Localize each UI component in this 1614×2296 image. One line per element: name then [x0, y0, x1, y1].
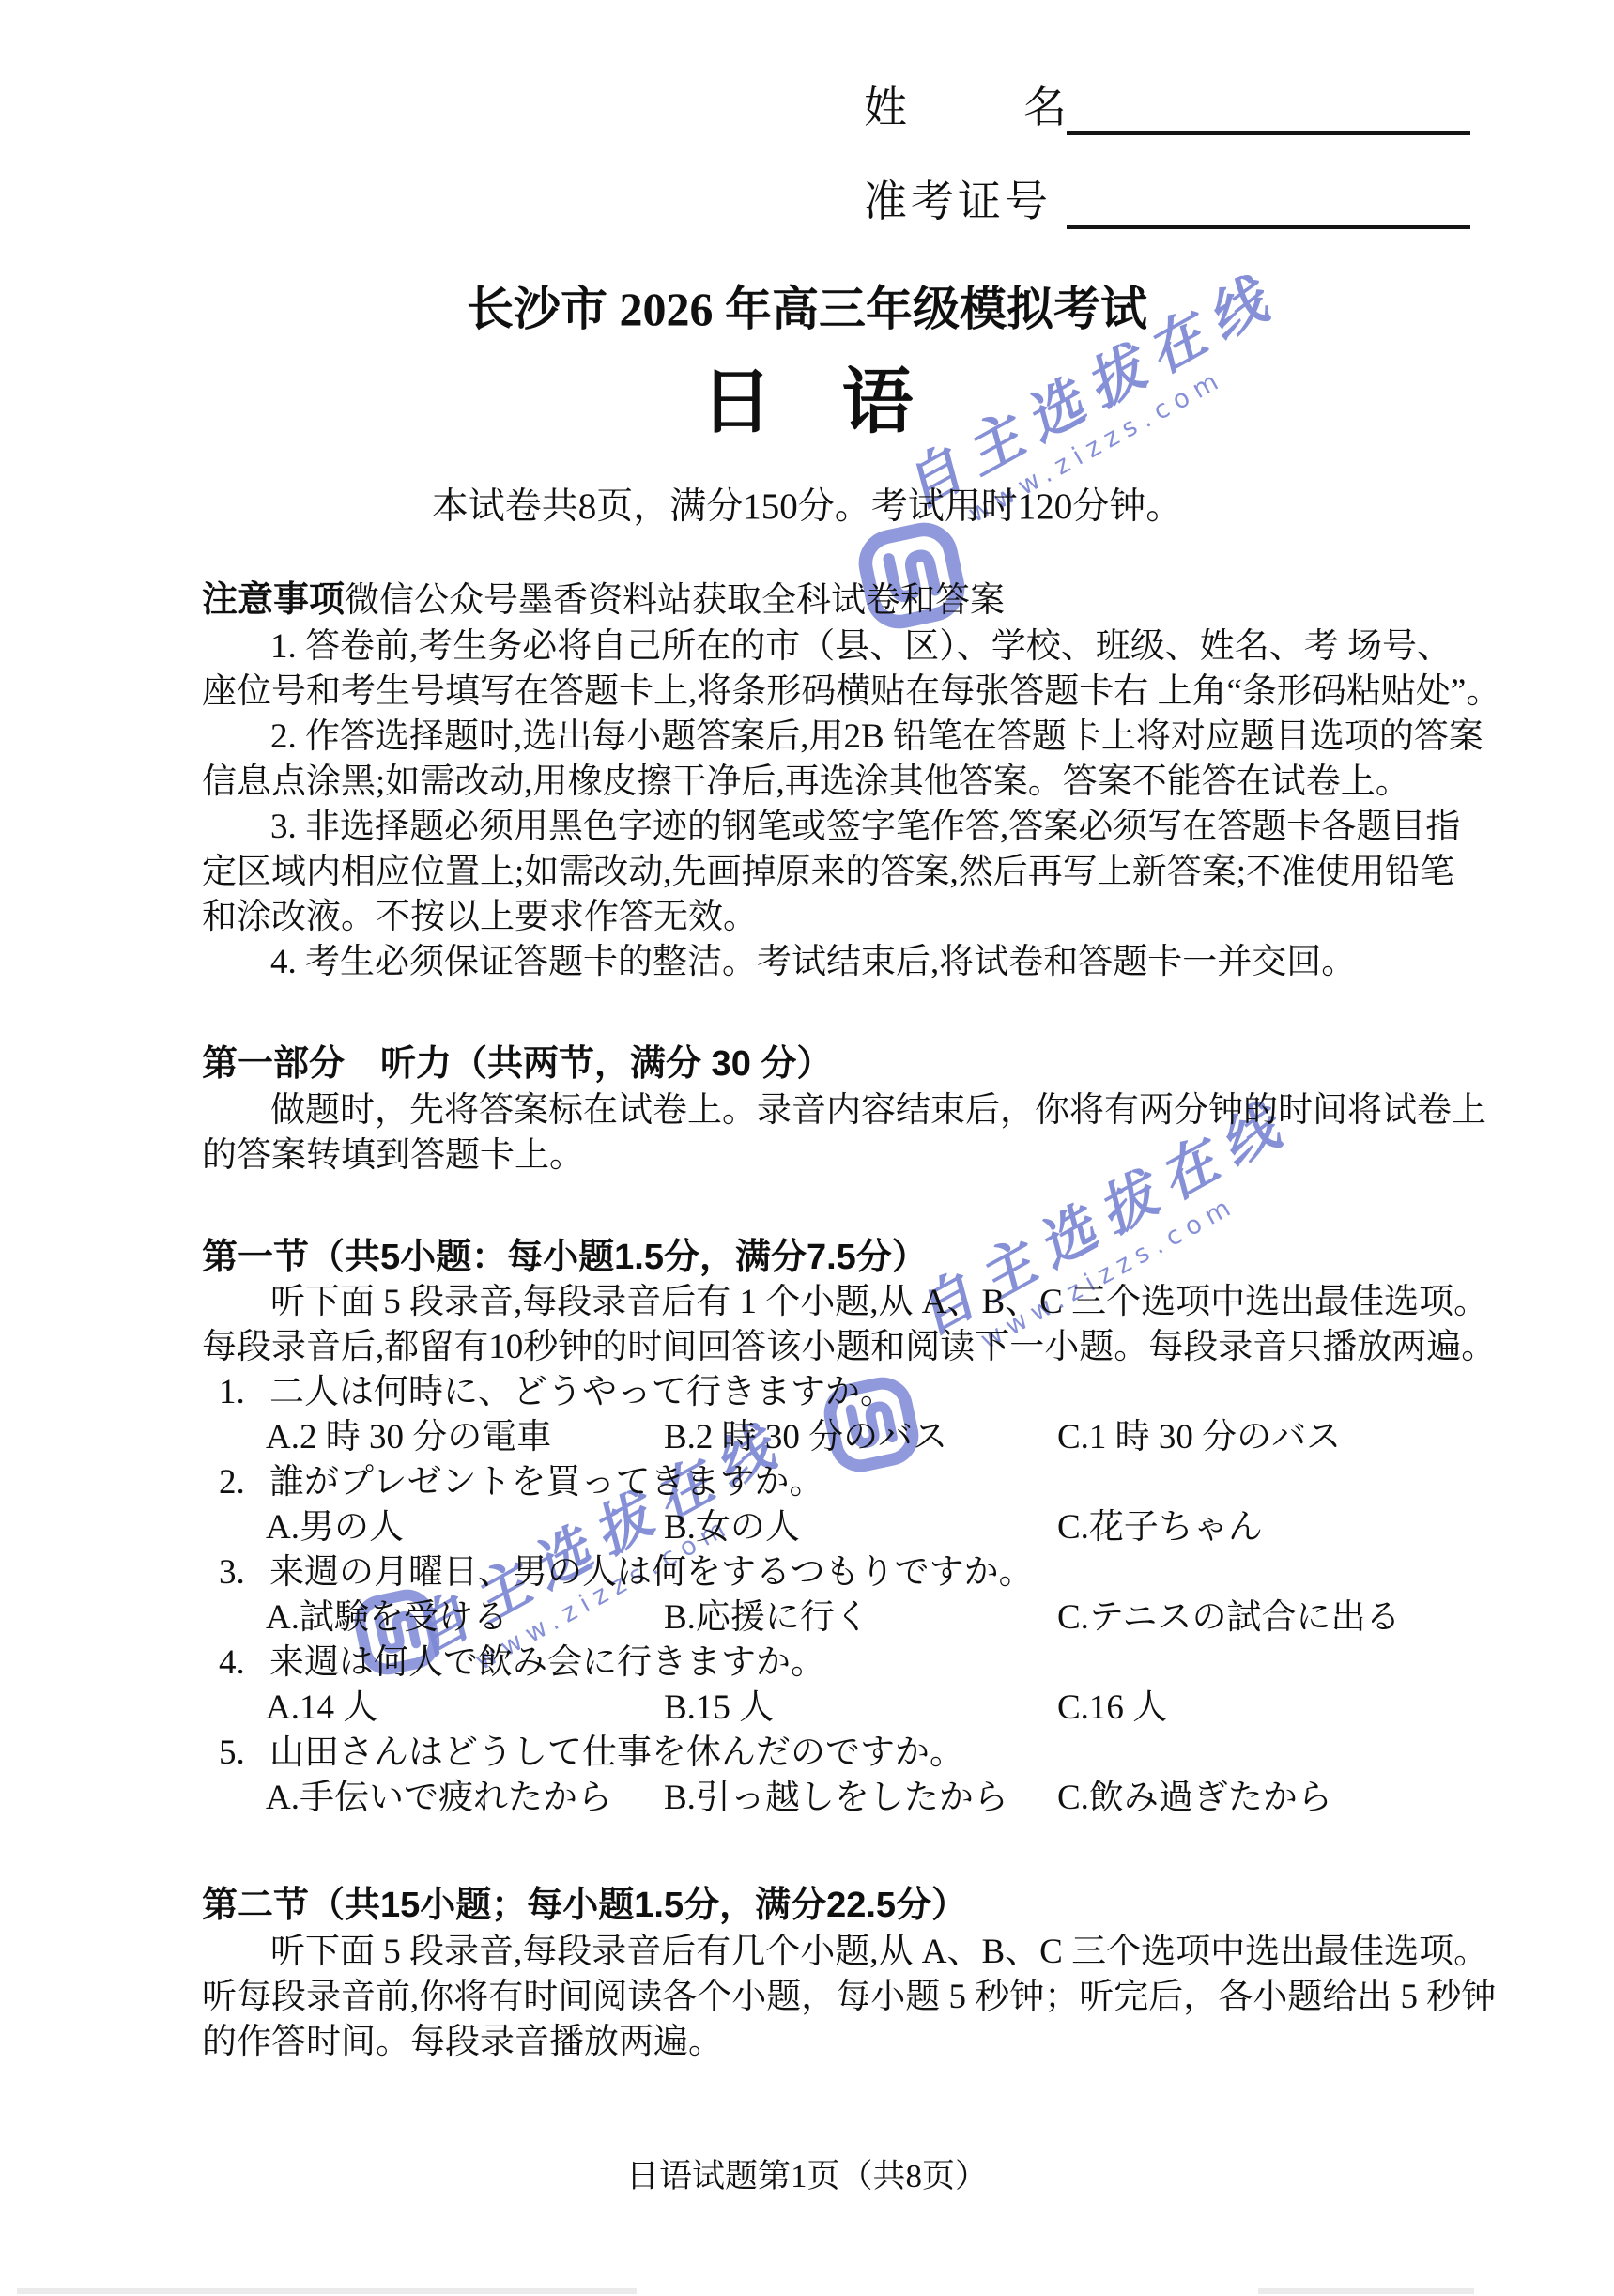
section1-intro-line: 听下面 5 段录音,每段录音后有 1 个小题,从 A、B、C 三个选项中选出最佳…	[270, 1281, 1488, 1324]
subject-title: 日 语	[0, 359, 1614, 448]
question-number: 4.	[219, 1641, 245, 1685]
option-b: B.応援に行く	[664, 1596, 869, 1640]
notice-line: 和涂改液。不按以上要求作答无效。	[202, 896, 758, 939]
notice-line: 座位号和考生号填写在答题卡上,将条形码横贴在每张答题卡右 上角“条形码粘贴处”。	[202, 670, 1500, 714]
name-blank-line	[1067, 88, 1470, 135]
notice-heading-line: 注意事项微信公众号墨香资料站获取全科试卷和答案	[202, 578, 1005, 624]
exam-id-label: 准考证号	[864, 175, 1067, 229]
option-a: A.試験を受ける	[266, 1596, 508, 1640]
question-text: 山田さんはどうして仕事を休んだのですか。	[269, 1732, 964, 1775]
part1-heading: 第一部分 听力（共两节，满分 30 分）	[202, 1042, 832, 1087]
scan-artifact	[17, 2288, 637, 2294]
option-a: A.2 時 30 分の電車	[266, 1416, 551, 1459]
name-label-char: 姓	[864, 81, 907, 135]
name-field-row: 姓 名	[864, 81, 1470, 135]
option-a: A.手伝いで疲れたから	[266, 1777, 612, 1820]
name-label-char: 名	[1023, 81, 1067, 135]
notice-label: 注意事项	[202, 580, 345, 620]
subject-char: 日	[701, 359, 773, 448]
section2-intro-line: 的作答时间。每段录音播放两遍。	[202, 2021, 723, 2064]
notice-line: 定区域内相应位置上;如需改动,先画掉原来的答案,然后再写上新答案;不准使用铅笔	[202, 851, 1454, 894]
section2-heading: 第二节（共15小题；每小题1.5分，满分22.5分）	[202, 1884, 967, 1929]
option-b: B.15 人	[664, 1687, 774, 1730]
section1-intro-line: 每段录音后,都留有10秒钟的时间回答该小题和阅读下一小题。每段录音只播放两遍。	[202, 1326, 1496, 1369]
option-b: B.2 時 30 分のバス	[664, 1416, 947, 1459]
exam-paper-page: 自主选拔在线 www.zizzs.com 自主选拔在线 www.zizzs.co…	[0, 0, 1614, 2296]
notice-line: 3. 非选择题必须用黑色字迹的钢笔或签字笔作答,答案必须写在答题卡各题目指	[270, 806, 1460, 849]
option-c: C.1 時 30 分のバス	[1057, 1416, 1341, 1459]
part1-intro-line: 的答案转填到答题卡上。	[202, 1134, 584, 1178]
subject-char: 语	[842, 359, 914, 448]
exam-title: 长沙市 2026 年高三年级模拟考试	[0, 280, 1614, 339]
question-text: 来週の月曜日、男の人は何をするつもりですか。	[269, 1551, 1034, 1595]
option-c: C.16 人	[1057, 1687, 1167, 1730]
question-number: 2.	[219, 1461, 245, 1504]
name-label: 姓 名	[864, 81, 1067, 135]
option-c: C.テニスの試合に出る	[1057, 1596, 1400, 1640]
option-a: A.男の人	[266, 1506, 404, 1549]
notice-line: 信息点涂黑;如需改动,用橡皮擦干净后,再选涂其他答案。答案不能答在试卷上。	[202, 761, 1410, 804]
question-text: 二人は何時に、どうやって行きますか。	[269, 1371, 895, 1414]
question-number: 5.	[219, 1732, 245, 1775]
notice-line: 1. 答卷前,考生务必将自己所在的市（县、区）、学校、班级、姓名、考 场号、	[270, 625, 1452, 669]
part1-intro-line: 做题时，先将答案标在试卷上。录音内容结束后，你将有两分钟的时间将试卷上	[270, 1089, 1486, 1133]
section2-intro-line: 听每段录音前,你将有时间阅读各个小题，每小题 5 秒钟；听完后，各小题给出 5 …	[202, 1976, 1496, 2019]
question-text: 来週は何人で飲み会に行きますか。	[269, 1641, 825, 1685]
option-c: C.花子ちゃん	[1057, 1506, 1263, 1549]
page-footer: 日语试题第1页（共8页）	[0, 2156, 1614, 2197]
option-c: C.飲み過ぎたから	[1057, 1777, 1332, 1820]
question-text: 誰がプレゼントを買ってきますか。	[269, 1461, 824, 1504]
section2-intro-line: 听下面 5 段录音,每段录音后有几个小题,从 A、B、C 三个选项中选出最佳选项…	[270, 1931, 1488, 1974]
exam-id-field-row: 准考证号	[864, 175, 1470, 229]
section1-heading: 第一节（共5小题：每小题1.5分，满分7.5分）	[202, 1236, 928, 1281]
exam-id-blank-line	[1067, 182, 1470, 229]
scan-artifact	[1258, 2288, 1474, 2294]
question-number: 1.	[219, 1371, 245, 1414]
question-number: 3.	[219, 1551, 245, 1595]
paper-info: 本试卷共8页，满分150分。考试用时120分钟。	[0, 485, 1614, 531]
notice-line: 2. 作答选择题时,选出每小题答案后,用2B 铅笔在答题卡上将对应题目选项的答案	[270, 716, 1483, 759]
option-a: A.14 人	[266, 1687, 377, 1730]
option-b: B.引っ越しをしたから	[664, 1777, 1008, 1820]
option-b: B.女の人	[664, 1506, 800, 1549]
notice-line: 4. 考生必须保证答题卡的整洁。考试结束后,将试卷和答题卡一并交回。	[270, 941, 1356, 984]
notice-label-suffix: 微信公众号墨香资料站获取全科试卷和答案	[345, 581, 1005, 620]
